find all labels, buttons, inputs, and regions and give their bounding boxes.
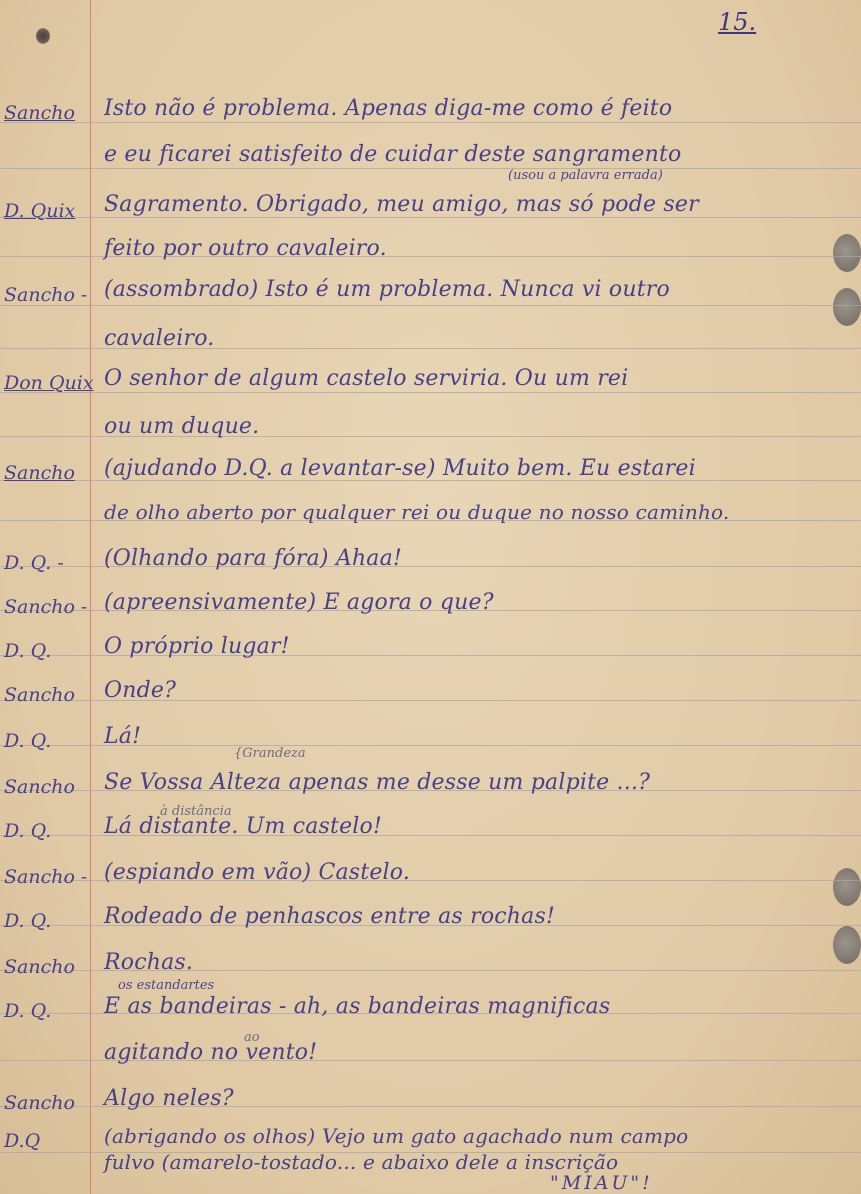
dialogue-line: Sagramento. Obrigado, meu amigo, mas só …: [104, 192, 699, 217]
punch-hole: [833, 288, 861, 326]
speaker-label: Sancho: [4, 956, 75, 978]
speaker-label: D. Q.: [4, 910, 51, 932]
speaker-label: Sancho: [4, 102, 75, 124]
speaker-label: Sancho -: [4, 284, 87, 306]
dialogue-line: Lá!: [104, 724, 141, 749]
dialogue-line: O senhor de algum castelo serviria. Ou u…: [104, 366, 628, 391]
rule-line: [0, 217, 861, 218]
punch-hole: [833, 234, 861, 272]
speaker-label: Sancho -: [4, 596, 87, 618]
dialogue-line: cavaleiro.: [104, 326, 214, 351]
speaker-label: D. Q.: [4, 730, 51, 752]
margin-annotation: os estandartes: [118, 978, 214, 993]
speaker-label: Sancho: [4, 776, 75, 798]
dialogue-line: Lá distante. Um castelo!: [104, 814, 382, 839]
dialogue-line: de olho aberto por qualquer rei ou duque…: [104, 500, 730, 524]
pencil-annotation: {Grandeza: [234, 746, 306, 761]
speaker-label: Sancho: [4, 684, 75, 706]
speaker-label: D. Q.: [4, 820, 51, 842]
speaker-label: D. Q.: [4, 640, 51, 662]
dialogue-line: Rodeado de penhascos entre as rochas!: [104, 904, 555, 929]
speaker-label: Sancho -: [4, 866, 87, 888]
dialogue-line: O próprio lugar!: [104, 634, 290, 659]
dialogue-line: "MIAU"!: [550, 1172, 653, 1194]
rule-line: [0, 392, 861, 393]
dialogue-line: Onde?: [104, 678, 176, 703]
speaker-label: Sancho: [4, 462, 75, 484]
dialogue-line: Se Vossa Alteza apenas me desse um palpi…: [104, 770, 650, 795]
dialogue-line: (Olhando para fóra) Ahaa!: [104, 546, 402, 571]
punch-hole: [833, 868, 861, 906]
ink-spot: [36, 28, 50, 44]
speaker-label: D. Q. -: [4, 552, 64, 574]
dialogue-line: Rochas.: [104, 950, 193, 975]
dialogue-line: (ajudando D.Q. a levantar-se) Muito bem.…: [104, 456, 696, 481]
rule-line: [0, 122, 861, 123]
margin-line: [90, 0, 91, 1194]
dialogue-line: ou um duque.: [104, 414, 259, 439]
punch-hole: [833, 926, 861, 964]
dialogue-line: e eu ficarei satisfeito de cuidar deste …: [104, 142, 681, 167]
dialogue-line: (espiando em vão) Castelo.: [104, 860, 410, 885]
rule-line: [0, 305, 861, 306]
speaker-label: D.Q: [4, 1130, 40, 1152]
dialogue-line: feito por outro cavaleiro.: [104, 236, 387, 261]
speaker-label: D. Q.: [4, 1000, 51, 1022]
dialogue-line: (apreensivamente) E agora o que?: [104, 590, 494, 615]
dialogue-line: (abrigando os olhos) Vejo um gato agacha…: [104, 1124, 688, 1148]
page-number: 15.: [718, 8, 756, 36]
dialogue-line: Algo neles?: [104, 1086, 234, 1111]
dialogue-line: fulvo (amarelo-tostado... e abaixo dele …: [104, 1150, 618, 1174]
dialogue-line: E as bandeiras - ah, as bandeiras magnif…: [104, 994, 610, 1019]
speaker-label: D. Quix: [4, 200, 75, 222]
dialogue-line: (assombrado) Isto é um problema. Nunca v…: [104, 277, 670, 302]
margin-annotation: (usou a palavra errada): [508, 168, 663, 183]
speaker-label: Don Quix: [4, 372, 94, 394]
speaker-label: Sancho: [4, 1092, 75, 1114]
dialogue-line: Isto não é problema. Apenas diga-me como…: [104, 96, 672, 121]
dialogue-line: agitando no vento!: [104, 1040, 317, 1065]
rule-line: [0, 168, 861, 169]
